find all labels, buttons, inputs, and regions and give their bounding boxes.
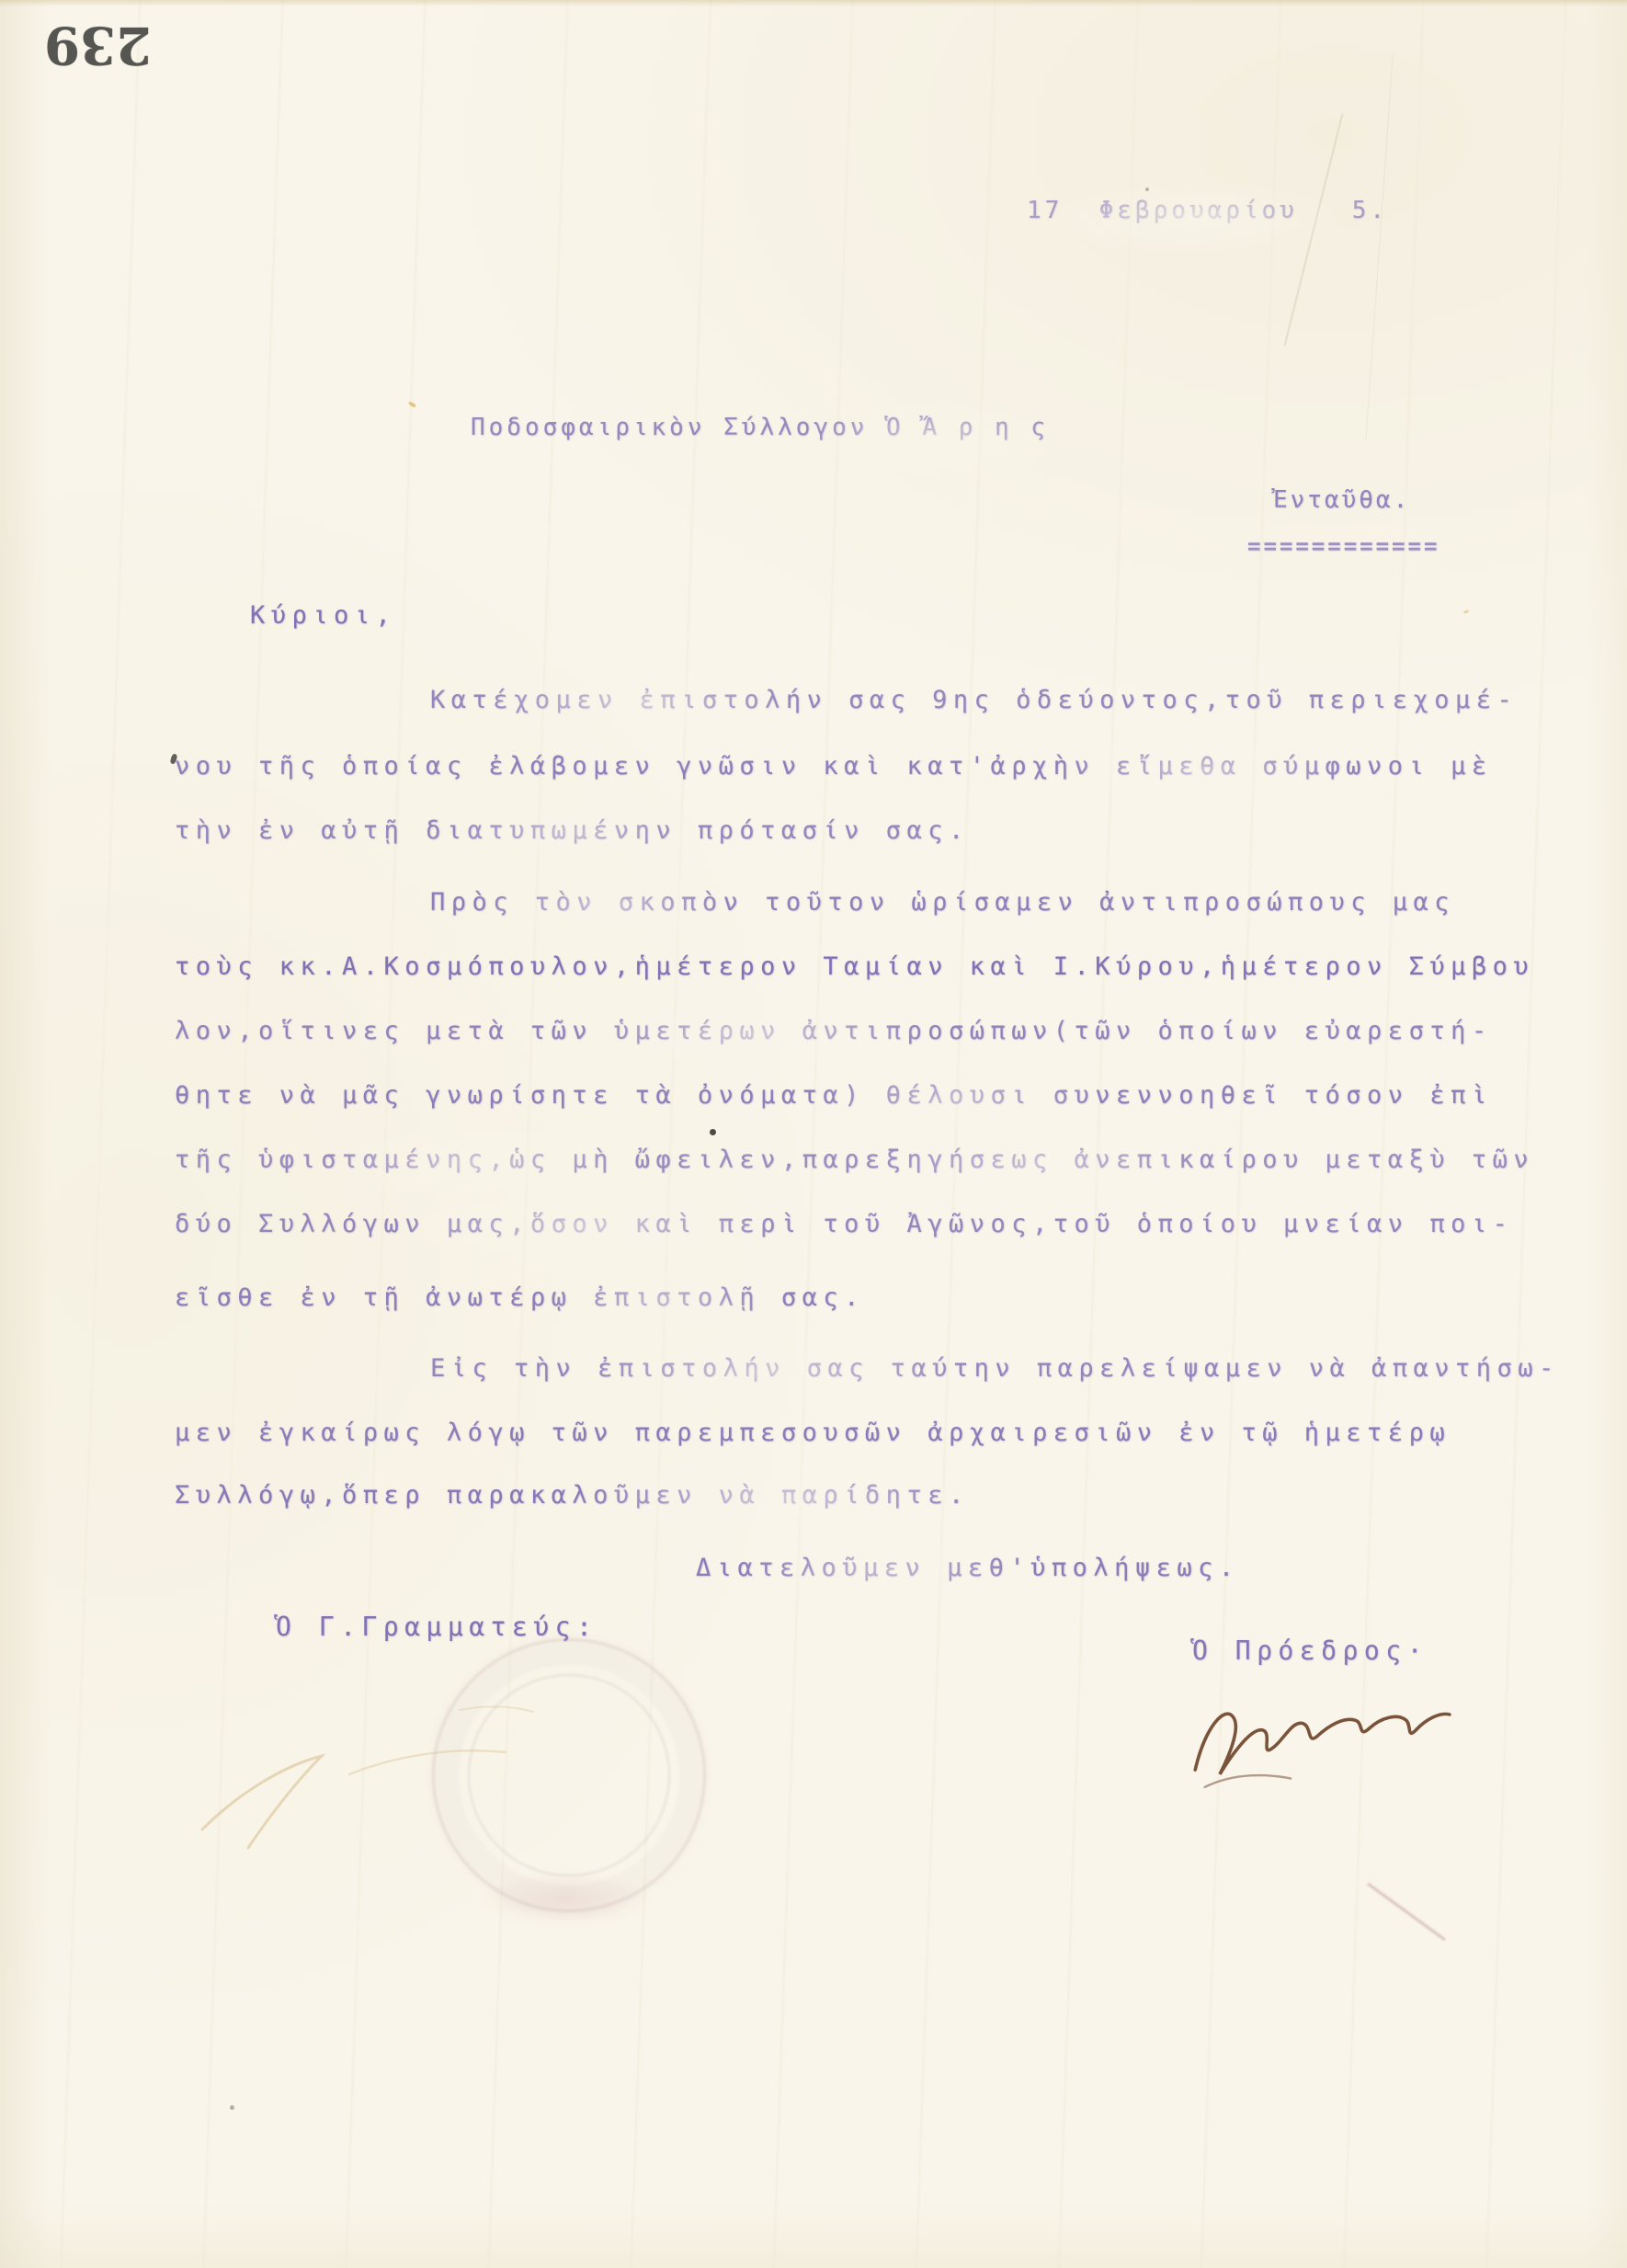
faint-red-mark (1367, 1883, 1446, 1942)
body-line: τοὺς κκ.Α.Κοσμόπουλον,ἡμέτερον Ταμίαν κα… (175, 954, 1534, 979)
seal-smudge (478, 1871, 653, 1926)
paper-crease (1284, 114, 1344, 347)
ink-speck (710, 1129, 716, 1135)
salutation: Κύριοι, (250, 603, 396, 628)
letter-page: 239 17 Φεβρουαρίου 5. Ποδοσφαιρικὸν Σύλλ… (0, 0, 1627, 2268)
body-line: Εἰς τὴν ἐπιστολήν σας ταύτην παρελείψαμε… (430, 1356, 1560, 1381)
page-number: 239 (44, 15, 152, 75)
ink-speck (230, 2105, 234, 2110)
body-line: Πρὸς τὸν σκοπὸν τοῦτον ὡρίσαμεν ἀντιπροσ… (430, 890, 1455, 915)
body-line: νου τῆς ὁποίας ἐλάβομεν γνῶσιν καὶ κατ'ἀ… (175, 754, 1493, 779)
paper-stain (408, 401, 417, 408)
president-label: Ὁ Πρόεδρος· (1192, 1638, 1428, 1664)
seal-inner-ring (468, 1674, 670, 1876)
body-line: θητε νὰ μᾶς γνωρίσητε τὰ ὀνόματα) θέλουσ… (175, 1083, 1493, 1108)
body-line: Κατέχομεν ἐπιστολήν σας 9ης ὁδεύοντος,το… (430, 688, 1518, 712)
recipient-line: Ποδοσφαιρικὸν Σύλλογον Ὁ Ἄ ρ η ς (471, 416, 1049, 439)
body-line: λον,οἵτινες μετὰ τῶν ὑμετέρων ἀντιπροσώπ… (175, 1019, 1493, 1043)
place-underline: ============ (1247, 535, 1439, 557)
body-line: τὴν ἐν αὐτῇ διατυπωμένην πρότασίν σας. (175, 818, 970, 843)
ink-speck (1145, 188, 1149, 191)
body-line: Συλλόγῳ,ὅπερ παρακαλοῦμεν νὰ παρίδητε. (175, 1483, 970, 1508)
secretary-label: Ὁ Γ.Γραμματεύς: (276, 1614, 597, 1640)
paper-stain (1463, 610, 1470, 614)
body-line: εῖσθε ἐν τῇ ἀνωτέρῳ ἐπιστολῇ σας. (175, 1285, 865, 1310)
valediction: Διατελοῦμεν μεθ'ὑπολήψεως. (696, 1556, 1240, 1580)
president-signature-icon (1168, 1648, 1476, 1812)
dateline: 17 Φεβρουαρίου 5. (1027, 199, 1388, 222)
place-line: Ἐνταῦθα. (1273, 488, 1410, 512)
paper-crease (1365, 55, 1393, 440)
body-line: μεν ἐγκαίρως λόγῳ τῶν παρεμπεσουσῶν ἀρχα… (175, 1420, 1451, 1445)
body-line: τῆς ὑφισταμένης,ὡς μὴ ὤφειλεν,παρεξηγήσε… (175, 1147, 1534, 1172)
body-line: δύο Συλλόγων μας,ὅσον καὶ περὶ τοῦ Ἀγῶνο… (175, 1212, 1513, 1237)
ink-fade-overlay (0, 0, 1627, 2268)
